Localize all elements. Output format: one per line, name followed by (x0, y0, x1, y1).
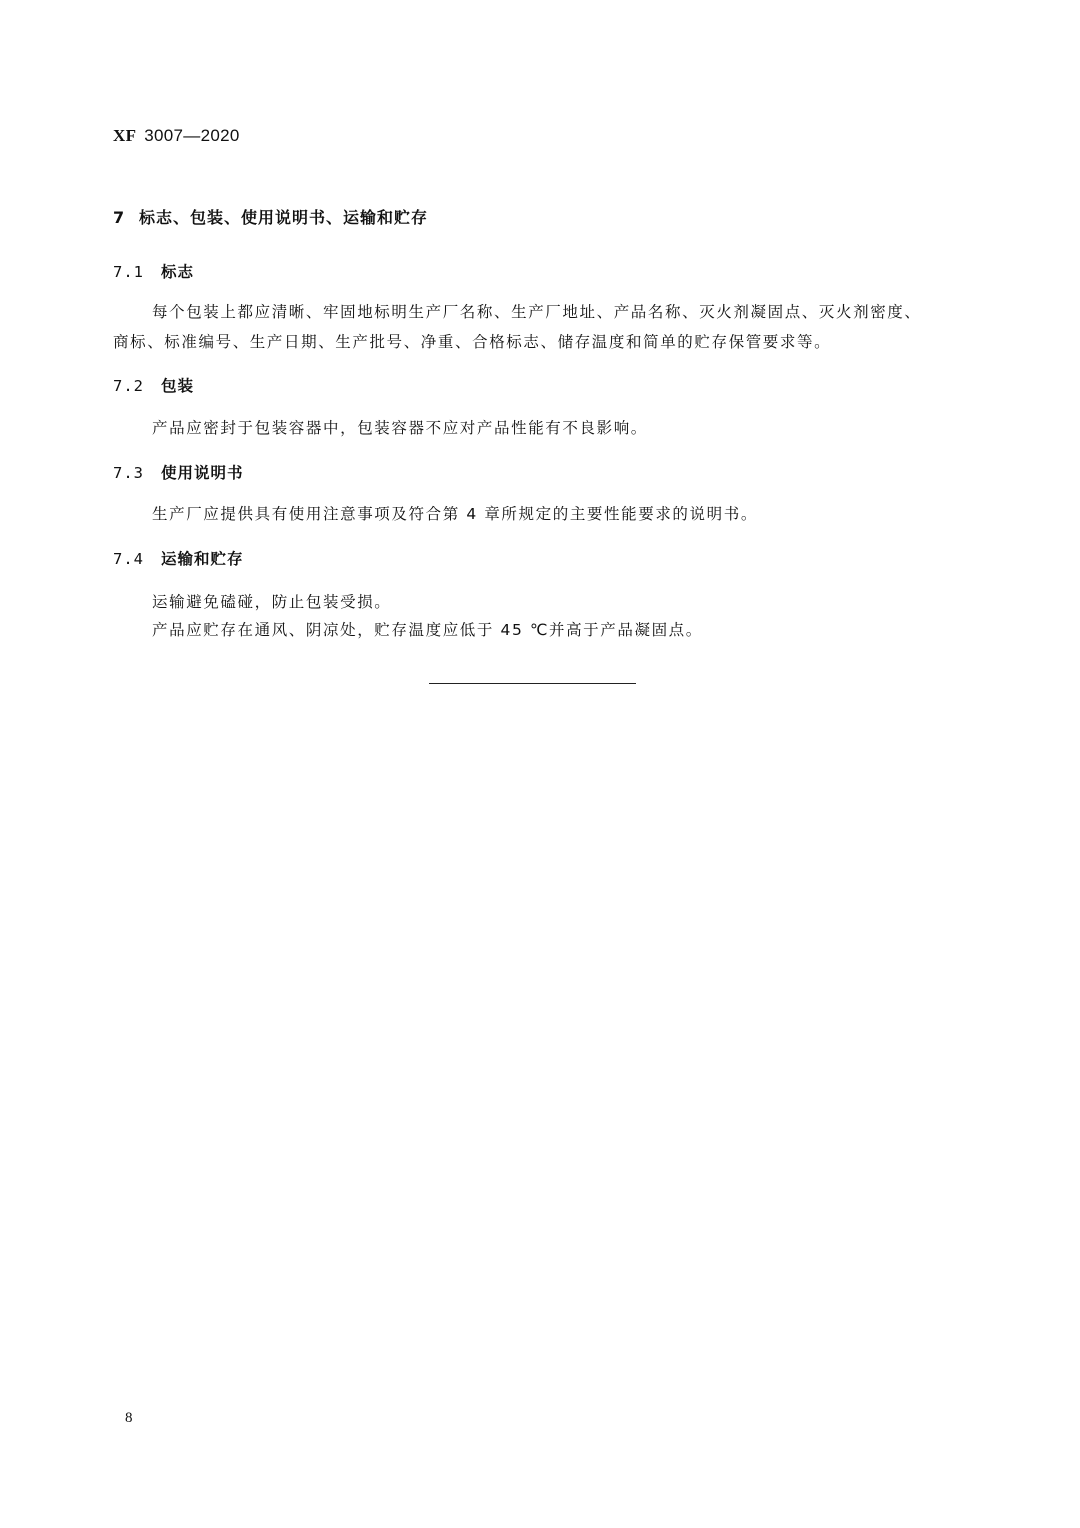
section-7-3-paragraph: 生产厂应提供具有使用注意事项及符合第 4 章所规定的主要性能要求的说明书。 (152, 496, 758, 533)
page-number: 8 (125, 1410, 133, 1427)
section-number: 7.2 (113, 377, 161, 395)
section-title: 包装 (161, 377, 194, 395)
end-of-document-rule (429, 683, 636, 684)
section-number: 7.3 (113, 464, 161, 482)
section-heading-7-4: 7.4运输和贮存 (113, 547, 244, 569)
chapter-title: 标志、包装、使用说明书、运输和贮存 (139, 208, 428, 227)
section-title: 运输和贮存 (161, 550, 244, 568)
section-7-1-paragraph-line-2: 商标、标准编号、生产日期、生产批号、净重、合格标志、储存温度和简单的贮存保管要求… (113, 324, 831, 361)
section-number: 7.4 (113, 550, 161, 568)
chapter-number: 7 (113, 208, 139, 227)
chapter-heading: 7标志、包装、使用说明书、运输和贮存 (113, 205, 428, 228)
standard-number: 3007—2020 (144, 126, 239, 145)
section-7-2-paragraph: 产品应密封于包装容器中，包装容器不应对产品性能有不良影响。 (152, 410, 648, 447)
section-title: 使用说明书 (161, 464, 244, 482)
section-heading-7-3: 7.3使用说明书 (113, 461, 244, 483)
section-heading-7-2: 7.2包装 (113, 374, 194, 396)
standard-prefix: XF (113, 126, 136, 145)
standard-code-header: XF3007—2020 (113, 126, 240, 146)
section-heading-7-1: 7.1标志 (113, 260, 194, 282)
section-number: 7.1 (113, 263, 161, 281)
section-title: 标志 (161, 263, 194, 281)
section-7-4-paragraph-2: 产品应贮存在通风、阴凉处，贮存温度应低于 45 ℃并高于产品凝固点。 (152, 612, 703, 649)
